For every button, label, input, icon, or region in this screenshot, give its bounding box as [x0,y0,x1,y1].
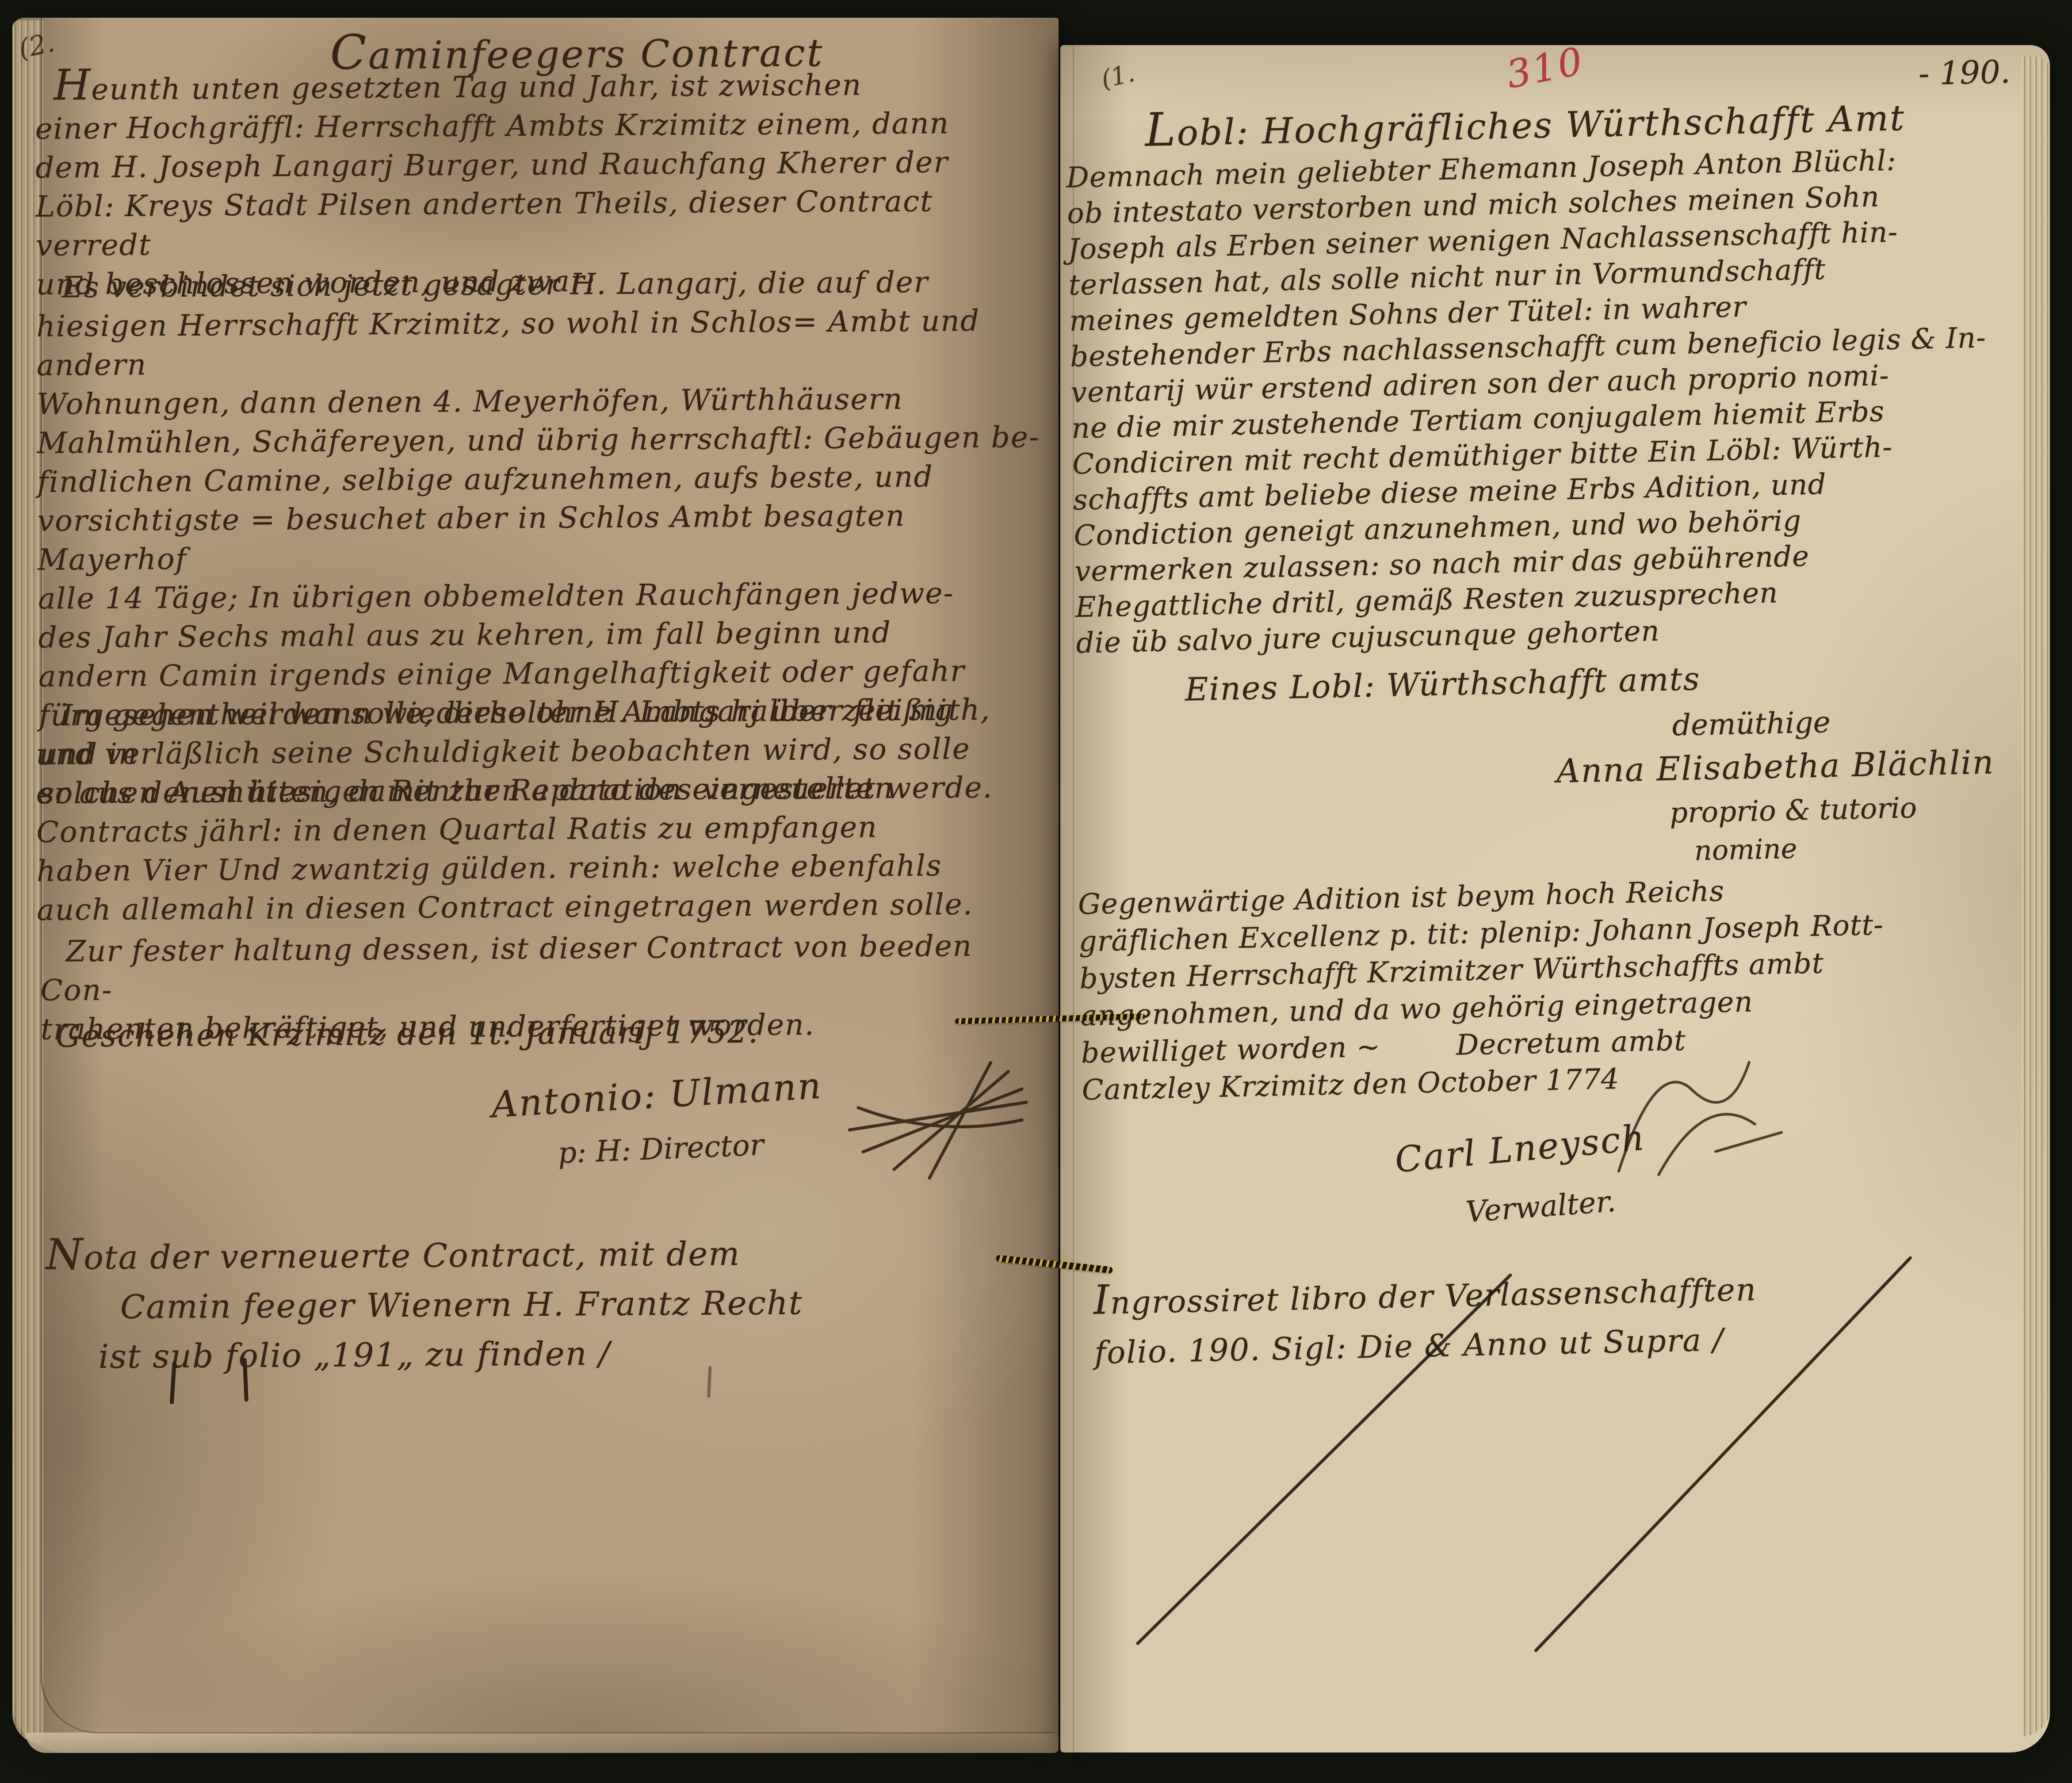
text-line: und verläßlich seine Schuldigkeit beobac… [36,729,1050,774]
contract-dateline: Geschehen Krzimitz den 1t: Januarij 1752… [56,1014,759,1054]
text-line: Löbl: Kreys Stadt Pilsen anderten Theils… [35,181,1047,265]
text-line: ist sub folio „191„ zu finden / [98,1326,1037,1382]
text-line: auch allemahl in diesen Contract eingetr… [37,885,1051,930]
text-line: Es verbindet sich jetzt gesagter H. Lang… [36,262,1047,307]
director-signature-name: Antonio: Ulmann [490,1065,823,1126]
text-line: haben Vier Und zwantzig gülden. reinh: w… [37,846,1051,891]
text-line: Im gegentheil wann wiederholter H. Langa… [35,690,1049,735]
text-line: Heunth unten gesetzten Tag und Jahr, ist… [35,60,1046,110]
left-page: (2. Caminfeegers Contract Heunth unten g… [12,18,1059,1753]
text-line: Nota der verneuerte Contract, mit dem [46,1224,1036,1283]
text-line: er aus denen hiesigen Renthen a dato des… [36,768,1050,813]
text-line: dem H. Joseph Langarj Burger, und Rauchf… [35,142,1046,187]
right-page: (1. 310 - 190. Lobl: Hochgräfliches Würt… [1060,45,2050,1752]
text-line: Mahlmühlen, Schäfereyen, und übrig herrs… [37,418,1048,463]
cancellation-slashes [1043,35,2068,1763]
text-line: alle 14 Täge; In übrigen obbemeldten Rau… [38,573,1049,619]
text-line: vorsichtigste = besuchet aber in Schlos … [38,496,1049,580]
text-line: Wohnungen, dann denen 4. Meyerhöfen, Wür… [37,379,1047,424]
text-line: Camin feeger Wienern H. Frantz Recht [120,1277,1036,1332]
signature-flourish [831,1036,1040,1196]
text-line: des Jahr Sechs mahl aus zu kehren, im fa… [38,612,1049,657]
text-line: Contracts jährl: in denen Quartal Ratis … [36,807,1050,852]
director-signature-title: p: H: Director [557,1128,764,1170]
left-margin-mark: (2. [16,27,57,65]
text-line: einer Hochgräffl: Herrschafft Ambts Krzi… [35,103,1046,149]
right-page-text-layer: (1. 310 - 190. Lobl: Hochgräfliches Würt… [1043,35,2068,1763]
contract-payment-paragraph: Im gegentheil wann wiederholter H. Langa… [35,690,1051,930]
text-line: andern Camin irgends einige Mangelhaftig… [38,651,1049,696]
nota-annotation: Nota der verneuerte Contract, mit demCam… [46,1224,1037,1382]
left-page-text-layer: (2. Caminfeegers Contract Heunth unten g… [7,15,1064,1756]
text-line: hiesigen Herrschafft Krzimitz, so wohl i… [36,301,1047,385]
text-line: Zur fester haltung dessen, ist dieser Co… [40,926,1051,1010]
text-line: findlichen Camine, selbige aufzunehmen, … [37,457,1048,502]
